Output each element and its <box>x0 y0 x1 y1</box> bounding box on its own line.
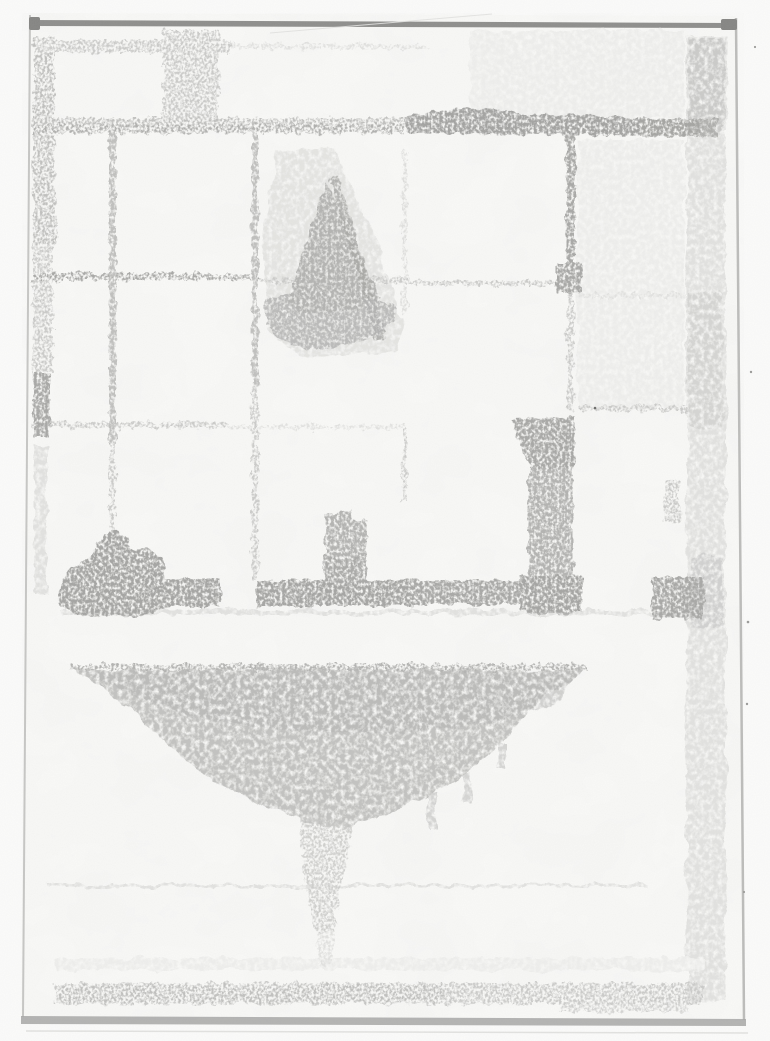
artwork-photo-frame <box>0 0 770 1041</box>
film-grain-overlay <box>0 0 770 1041</box>
monotype-print <box>0 0 770 1041</box>
